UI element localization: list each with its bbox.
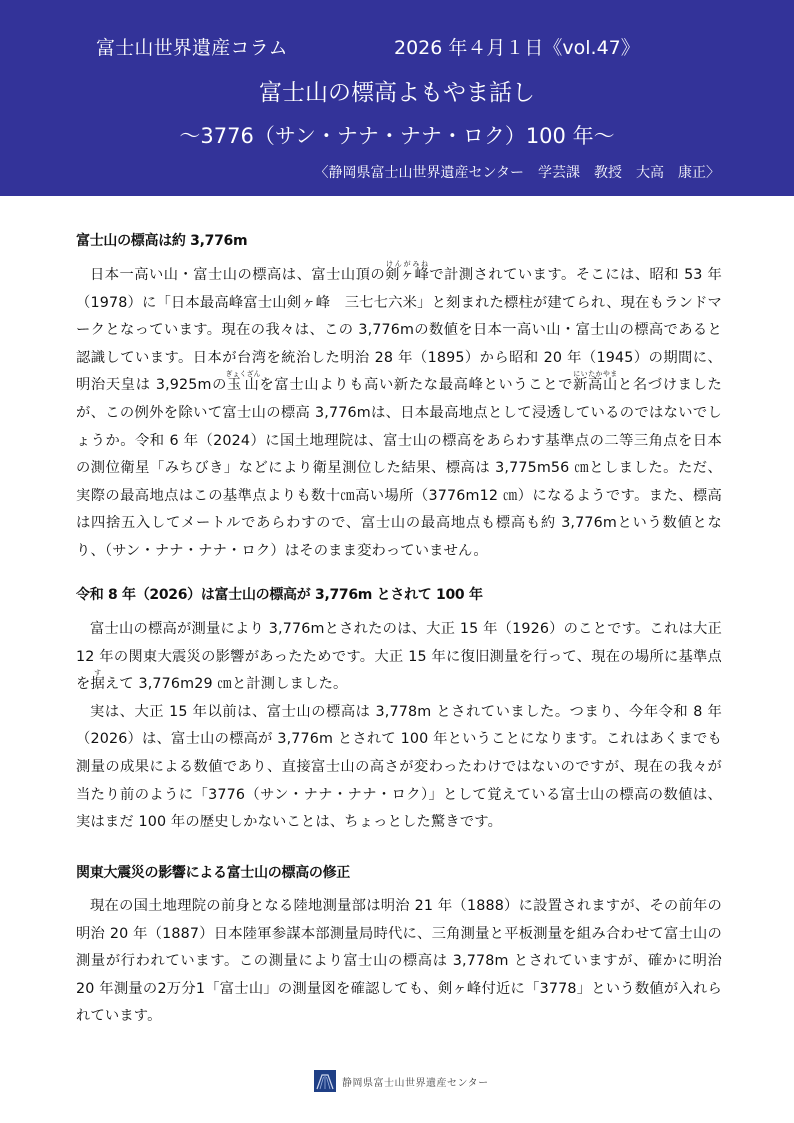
issue-date: 2026 年４月１日《vol.47》 <box>394 33 640 60</box>
column-series-name: 富士山世界遺産コラム <box>96 33 288 60</box>
author-credit: 〈静岡県富士山世界遺産センター 学芸課 教授 大高 康正〉 <box>315 162 720 182</box>
paragraph: 富士山の標高が測量により 3,776mとされたのは、大正 15 年（1926）の… <box>76 616 722 699</box>
section-3-body: 現在の国土地理院の前身となる陸地測量部は明治 21 年（1888）に設置されます… <box>76 893 722 1031</box>
section-heading-3: 関東大震災の影響による富士山の標高の修正 <box>76 862 350 882</box>
paragraph: 日本一高い山・富士山の標高は、富士山頂の剣ヶ峰けんがみねで計測されています。そこ… <box>76 260 722 566</box>
paragraph: 実は、大正 15 年以前は、富士山の標高は 3,778m とされていました。つま… <box>76 699 722 837</box>
section-1-body: 日本一高い山・富士山の標高は、富士山頂の剣ヶ峰けんがみねで計測されています。そこ… <box>76 260 722 566</box>
paragraph: 現在の国土地理院の前身となる陸地測量部は明治 21 年（1888）に設置されます… <box>76 893 722 1031</box>
footer-logo: 静岡県富士山世界遺産センター <box>314 1070 489 1092</box>
ruby-annotation: 据す <box>90 676 104 692</box>
page-title: 富士山の標高よもやま話し <box>0 74 794 107</box>
section-heading-2: 令和 8 年（2026）は富士山の標高が 3,776m とされて 100 年 <box>76 584 483 604</box>
header-banner: 富士山世界遺産コラム 2026 年４月１日《vol.47》 富士山の標高よもやま… <box>0 0 794 196</box>
ruby-annotation: 剣ヶ峰けんがみね <box>385 267 429 283</box>
page-subtitle: ～3776（サン・ナナ・ナナ・ロク）100 年～ <box>0 120 794 150</box>
section-heading-1: 富士山の標高は約 3,776m <box>76 230 247 250</box>
ruby-annotation: 新高山にいたかやま <box>573 377 618 393</box>
footer-organization: 静岡県富士山世界遺産センター <box>342 1074 489 1089</box>
mount-fuji-logo-icon <box>314 1070 336 1092</box>
section-2-body: 富士山の標高が測量により 3,776mとされたのは、大正 15 年（1926）の… <box>76 616 722 837</box>
ruby-annotation: 玉山ぎょくざん <box>227 377 259 393</box>
